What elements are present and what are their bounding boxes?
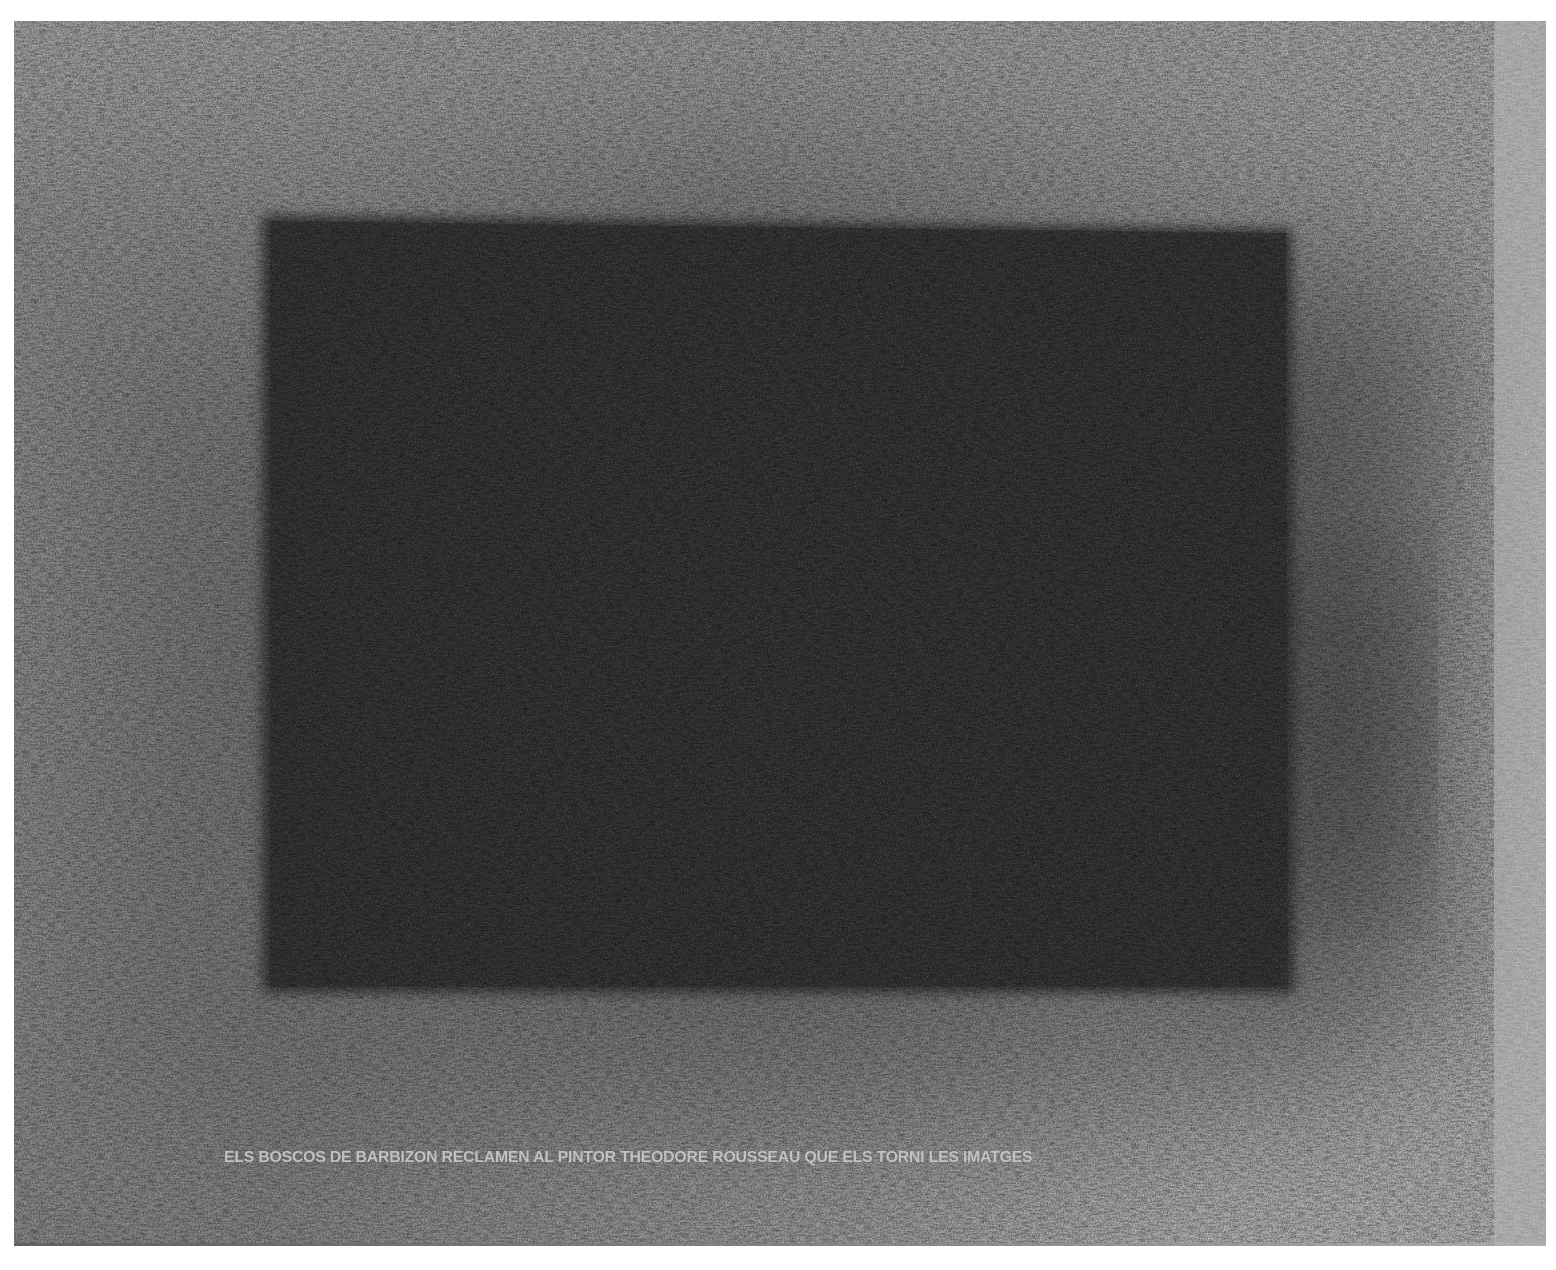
artwork-caption: ELS BOSCOS DE BARBIZON RECLAMEN AL PINTO… [224, 1149, 1397, 1167]
photo-bottom-edge [14, 1243, 1546, 1246]
charcoal-rubbing [14, 21, 1546, 1246]
artwork-photo: ELS BOSCOS DE BARBIZON RECLAMEN AL PINTO… [14, 21, 1546, 1246]
